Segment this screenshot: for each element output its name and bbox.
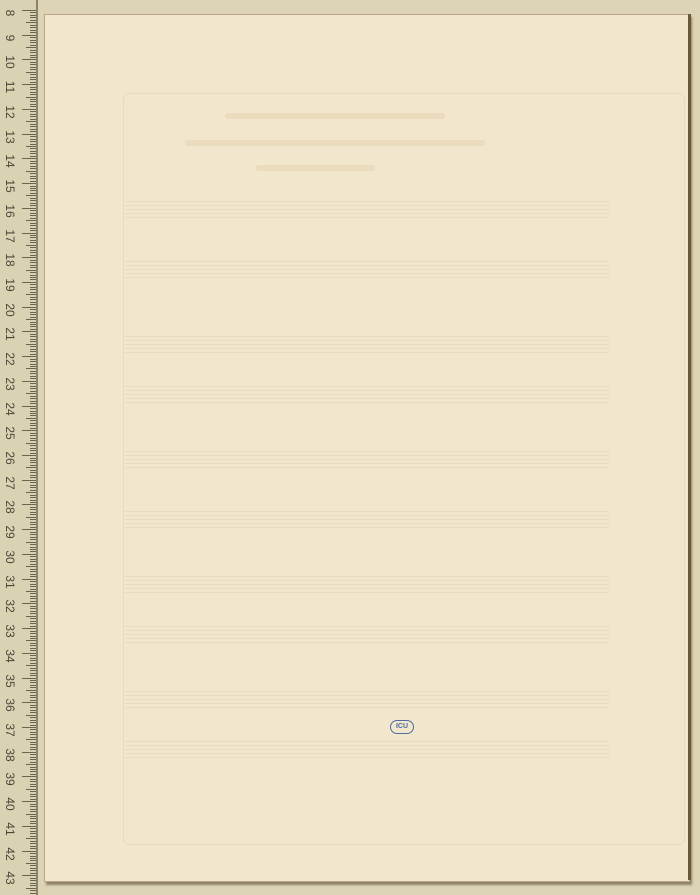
staff-line	[125, 201, 609, 202]
ruler-tick	[26, 344, 36, 345]
ruler-tick	[30, 139, 36, 140]
ruler-tick	[30, 292, 36, 293]
ruler-tick	[26, 739, 36, 740]
ruler-tick	[30, 351, 36, 352]
ruler-tick	[30, 564, 36, 565]
ruler-tick	[30, 762, 36, 763]
ruler-tick	[22, 826, 36, 827]
ruler-tick	[30, 732, 36, 733]
staff-line	[125, 402, 609, 403]
ruler-tick	[22, 307, 36, 308]
ruler-tick	[30, 885, 36, 886]
staff-line	[125, 588, 609, 589]
ruler-label: 11	[3, 79, 17, 95]
ruler-tick	[22, 356, 36, 357]
ruler-tick	[30, 692, 36, 693]
ruler-tick	[26, 443, 36, 444]
ruler-tick	[30, 784, 36, 785]
ruler-tick	[30, 116, 36, 117]
ruler-tick	[22, 134, 36, 135]
staff-line	[125, 394, 609, 395]
ruler-tick	[30, 250, 36, 251]
ruler-label: 10	[3, 54, 17, 70]
ruler-label: 24	[3, 401, 17, 417]
ruler-tick	[30, 512, 36, 513]
ruler-tick	[30, 472, 36, 473]
ruler-tick	[30, 317, 36, 318]
ruler-tick	[30, 868, 36, 869]
ruler-tick	[30, 262, 36, 263]
ruler-tick	[30, 141, 36, 142]
ruler-tick	[30, 411, 36, 412]
ruler-tick	[30, 77, 36, 78]
ruler-tick	[30, 101, 36, 102]
staff-line	[125, 741, 609, 742]
ruler-label: 28	[3, 499, 17, 515]
ruler-tick	[30, 193, 36, 194]
ruler-tick	[26, 764, 36, 765]
ruler-tick	[30, 846, 36, 847]
ruler-tick	[30, 275, 36, 276]
ruler-tick	[30, 255, 36, 256]
staff-line	[125, 352, 609, 353]
ruler-tick	[30, 831, 36, 832]
ruler-tick	[30, 700, 36, 701]
ruler-tick	[30, 161, 36, 162]
ruler-tick	[30, 25, 36, 26]
ruler-tick	[30, 722, 36, 723]
ruler-tick	[30, 593, 36, 594]
ruler-tick	[30, 658, 36, 659]
ruler-tick	[30, 166, 36, 167]
ruler-tick	[30, 341, 36, 342]
ruler-tick	[30, 277, 36, 278]
ruler-label: 39	[3, 771, 17, 787]
ruler-tick	[30, 673, 36, 674]
ruler-tick	[30, 40, 36, 41]
ruler-tick	[30, 547, 36, 548]
ruler-tick	[30, 680, 36, 681]
ruler-tick	[30, 74, 36, 75]
ruler-tick	[30, 131, 36, 132]
ruler-tick	[30, 450, 36, 451]
ruler-label: 13	[3, 129, 17, 145]
ruler-tick	[30, 697, 36, 698]
ruler-tick	[30, 502, 36, 503]
ruler-tick	[30, 712, 36, 713]
ruler-tick	[22, 35, 36, 36]
ruler-tick	[30, 462, 36, 463]
ruler-tick	[30, 188, 36, 189]
ruler-tick	[30, 695, 36, 696]
ruler-tick	[30, 334, 36, 335]
ruler-tick	[22, 257, 36, 258]
ruler-tick	[22, 603, 36, 604]
ruler-tick	[26, 492, 36, 493]
ruler-tick	[30, 668, 36, 669]
ruler-tick	[30, 408, 36, 409]
ruler-tick	[30, 386, 36, 387]
ruler-tick	[30, 94, 36, 95]
ruler-label: 36	[3, 697, 17, 713]
ruler-tick	[30, 465, 36, 466]
ruler-tick	[30, 383, 36, 384]
ruler-tick	[30, 284, 36, 285]
staff-line	[125, 707, 609, 708]
ruler-tick	[30, 200, 36, 201]
page-edge	[688, 14, 691, 880]
ruler-label: 35	[3, 673, 17, 689]
ruler-tick	[30, 163, 36, 164]
staff-line	[125, 757, 609, 758]
ruler-label: 26	[3, 450, 17, 466]
ruler-tick	[30, 804, 36, 805]
ruler-tick	[22, 851, 36, 852]
ruler-tick	[26, 72, 36, 73]
ruler-tick	[22, 430, 36, 431]
ruler-tick	[30, 223, 36, 224]
ruler-label: 9	[3, 30, 17, 46]
ruler-tick	[22, 702, 36, 703]
ruler-tick	[30, 660, 36, 661]
ruler-tick	[30, 495, 36, 496]
ruler-tick	[30, 87, 36, 88]
ruler-tick	[26, 220, 36, 221]
ruler-label: 37	[3, 722, 17, 738]
ruler-tick	[30, 242, 36, 243]
ruler-tick	[26, 294, 36, 295]
ruler-label: 31	[3, 574, 17, 590]
ruler-tick	[30, 638, 36, 639]
ruler-tick	[30, 470, 36, 471]
staff-line	[125, 580, 609, 581]
ruler-tick	[30, 841, 36, 842]
ruler-tick	[26, 591, 36, 592]
ruler-tick	[30, 225, 36, 226]
ruler-tick	[30, 870, 36, 871]
ruler-tick	[30, 92, 36, 93]
ruler-tick	[30, 252, 36, 253]
ruler-tick	[30, 64, 36, 65]
ruler-tick	[30, 15, 36, 16]
ruler-tick	[30, 589, 36, 590]
ruler-tick	[26, 245, 36, 246]
ruler-tick	[30, 420, 36, 421]
ruler-tick	[26, 97, 36, 98]
ruler-tick	[30, 675, 36, 676]
ruler-tick	[30, 890, 36, 891]
ruler-tick	[30, 373, 36, 374]
staff-line	[125, 269, 609, 270]
ruler-tick	[30, 682, 36, 683]
ruler-label: 21	[3, 326, 17, 342]
ruler-tick	[30, 267, 36, 268]
ruler-tick	[30, 878, 36, 879]
ruler-tick	[30, 304, 36, 305]
bleed-through-title	[225, 113, 445, 119]
measuring-ruler: 8910111213141516171819202122232425262728…	[0, 0, 38, 895]
ruler-tick	[30, 823, 36, 824]
staff-line	[125, 749, 609, 750]
ruler-tick	[30, 67, 36, 68]
ruler-tick	[30, 574, 36, 575]
ruler-tick	[30, 440, 36, 441]
ruler-tick	[30, 378, 36, 379]
ruler-tick	[30, 228, 36, 229]
ruler-tick	[30, 873, 36, 874]
staff-line	[125, 340, 609, 341]
ruler-tick	[30, 794, 36, 795]
ruler-tick	[30, 136, 36, 137]
ruler-tick	[30, 687, 36, 688]
ruler-tick	[30, 598, 36, 599]
ruler-tick	[30, 729, 36, 730]
ruler-tick	[30, 596, 36, 597]
ruler-tick	[30, 153, 36, 154]
ruler-tick	[26, 814, 36, 815]
ruler-tick	[30, 151, 36, 152]
ruler-tick	[30, 865, 36, 866]
ruler-tick	[30, 613, 36, 614]
ruler-tick	[22, 727, 36, 728]
ruler-tick	[30, 725, 36, 726]
ruler-tick	[30, 458, 36, 459]
ruler-tick	[22, 84, 36, 85]
ruler-tick	[22, 282, 36, 283]
ruler-tick	[30, 685, 36, 686]
ruler-label: 32	[3, 598, 17, 614]
ruler-tick	[30, 507, 36, 508]
ruler-tick	[30, 821, 36, 822]
ruler-tick	[30, 601, 36, 602]
ruler-label: 20	[3, 302, 17, 318]
ruler-tick	[30, 551, 36, 552]
ruler-tick	[30, 757, 36, 758]
ruler-tick	[26, 146, 36, 147]
staff-line	[125, 344, 609, 345]
staff-line	[125, 398, 609, 399]
ruler-tick	[30, 329, 36, 330]
staff-line	[125, 390, 609, 391]
ruler-tick	[26, 195, 36, 196]
ruler-tick	[30, 880, 36, 881]
staff-line	[125, 261, 609, 262]
ruler-tick	[30, 361, 36, 362]
ruler-tick	[30, 186, 36, 187]
ruler-tick	[30, 126, 36, 127]
ruler-tick	[30, 111, 36, 112]
ruler-label: 29	[3, 524, 17, 540]
ruler-tick	[30, 606, 36, 607]
ruler-tick	[30, 786, 36, 787]
ruler-tick	[30, 104, 36, 105]
ruler-tick	[30, 218, 36, 219]
ruler-tick	[30, 433, 36, 434]
ruler-tick	[30, 534, 36, 535]
ruler-tick	[30, 799, 36, 800]
staff-line	[125, 634, 609, 635]
ruler-tick	[30, 69, 36, 70]
staff-line	[125, 638, 609, 639]
ruler-tick	[30, 843, 36, 844]
ruler-tick	[30, 106, 36, 107]
staff-line	[125, 209, 609, 210]
ruler-tick	[30, 497, 36, 498]
ruler-tick	[30, 12, 36, 13]
ruler-tick	[30, 57, 36, 58]
ruler-tick	[30, 524, 36, 525]
ruler-tick	[30, 173, 36, 174]
ruler-tick	[26, 715, 36, 716]
ruler-label: 14	[3, 153, 17, 169]
ruler-tick	[30, 359, 36, 360]
staff-line	[125, 626, 609, 627]
ruler-tick	[30, 215, 36, 216]
ruler-tick	[30, 754, 36, 755]
ruler-tick	[30, 32, 36, 33]
ruler-tick	[30, 20, 36, 21]
staff-line	[125, 265, 609, 266]
ruler-tick	[30, 388, 36, 389]
ruler-tick	[26, 566, 36, 567]
ruler-tick	[30, 460, 36, 461]
ruler-label: 19	[3, 277, 17, 293]
ruler-tick	[30, 322, 36, 323]
ruler-tick	[30, 55, 36, 56]
ruler-label: 15	[3, 178, 17, 194]
ruler-tick	[26, 270, 36, 271]
ruler-tick	[30, 707, 36, 708]
ruler-tick	[30, 89, 36, 90]
ruler-tick	[30, 645, 36, 646]
ruler-tick	[30, 569, 36, 570]
ruler-tick	[30, 176, 36, 177]
ruler-tick	[22, 158, 36, 159]
ruler-tick	[30, 519, 36, 520]
ruler-tick	[30, 376, 36, 377]
ruler-tick	[30, 371, 36, 372]
staff-line	[125, 277, 609, 278]
ruler-tick	[30, 428, 36, 429]
ruler-tick	[30, 663, 36, 664]
ruler-tick	[30, 178, 36, 179]
ruler-tick	[30, 119, 36, 120]
ruler-tick	[30, 190, 36, 191]
ruler-tick	[30, 482, 36, 483]
ruler-tick	[26, 888, 36, 889]
ruler-tick	[30, 52, 36, 53]
ruler-tick	[26, 171, 36, 172]
ruler-tick	[30, 860, 36, 861]
ruler-tick	[30, 213, 36, 214]
ruler-tick	[30, 42, 36, 43]
ruler-tick	[30, 549, 36, 550]
ruler-tick	[22, 381, 36, 382]
ruler-label: 27	[3, 475, 17, 491]
ruler-tick	[30, 828, 36, 829]
ruler-tick	[30, 856, 36, 857]
ruler-tick	[30, 734, 36, 735]
ruler-tick	[22, 480, 36, 481]
ruler-tick	[22, 653, 36, 654]
ruler-tick	[22, 183, 36, 184]
library-stamp: ICU	[390, 720, 414, 734]
ruler-tick	[26, 665, 36, 666]
ruler-tick	[30, 655, 36, 656]
staff-line	[125, 642, 609, 643]
ruler-tick	[30, 893, 36, 894]
ruler-tick	[30, 858, 36, 859]
ruler-tick	[30, 413, 36, 414]
ruler-tick	[30, 608, 36, 609]
staff-line	[125, 515, 609, 516]
staff-line	[125, 273, 609, 274]
ruler-tick	[26, 838, 36, 839]
ruler-tick	[22, 678, 36, 679]
ruler-tick	[30, 230, 36, 231]
ruler-tick	[30, 299, 36, 300]
ruler-tick	[22, 579, 36, 580]
staff-line	[125, 592, 609, 593]
ruler-tick	[30, 705, 36, 706]
ruler-tick	[30, 811, 36, 812]
ruler-tick	[30, 636, 36, 637]
ruler-tick	[30, 435, 36, 436]
ruler-tick	[30, 279, 36, 280]
ruler-tick	[30, 584, 36, 585]
ruler-tick	[30, 297, 36, 298]
ruler-tick	[30, 272, 36, 273]
staff-line	[125, 699, 609, 700]
ruler-label: 40	[3, 796, 17, 812]
ruler-tick	[30, 626, 36, 627]
ruler-tick	[30, 289, 36, 290]
staff-line	[125, 703, 609, 704]
ruler-tick	[30, 759, 36, 760]
ruler-tick	[22, 875, 36, 876]
ruler-tick	[30, 650, 36, 651]
ruler-tick	[30, 796, 36, 797]
ruler-tick	[30, 747, 36, 748]
ruler-tick	[30, 710, 36, 711]
ruler-tick	[22, 628, 36, 629]
ruler-tick	[26, 467, 36, 468]
ruler-tick	[30, 45, 36, 46]
ruler-tick	[30, 527, 36, 528]
ruler-label: 42	[3, 846, 17, 862]
ruler-tick	[30, 445, 36, 446]
staff-line	[125, 523, 609, 524]
ruler-label: 8	[3, 5, 17, 21]
ruler-tick	[30, 425, 36, 426]
ruler-label: 17	[3, 228, 17, 244]
ruler-tick	[26, 393, 36, 394]
staff-line	[125, 584, 609, 585]
ruler-tick	[30, 168, 36, 169]
ruler-tick	[30, 156, 36, 157]
ruler-tick	[30, 50, 36, 51]
staff-line	[125, 691, 609, 692]
ruler-tick	[30, 559, 36, 560]
ruler-tick	[30, 398, 36, 399]
ruler-tick	[30, 883, 36, 884]
staff-line	[125, 753, 609, 754]
ruler-tick	[30, 198, 36, 199]
ruler-tick	[30, 438, 36, 439]
ruler-tick	[26, 121, 36, 122]
ruler-tick	[26, 47, 36, 48]
ruler-tick	[22, 455, 36, 456]
